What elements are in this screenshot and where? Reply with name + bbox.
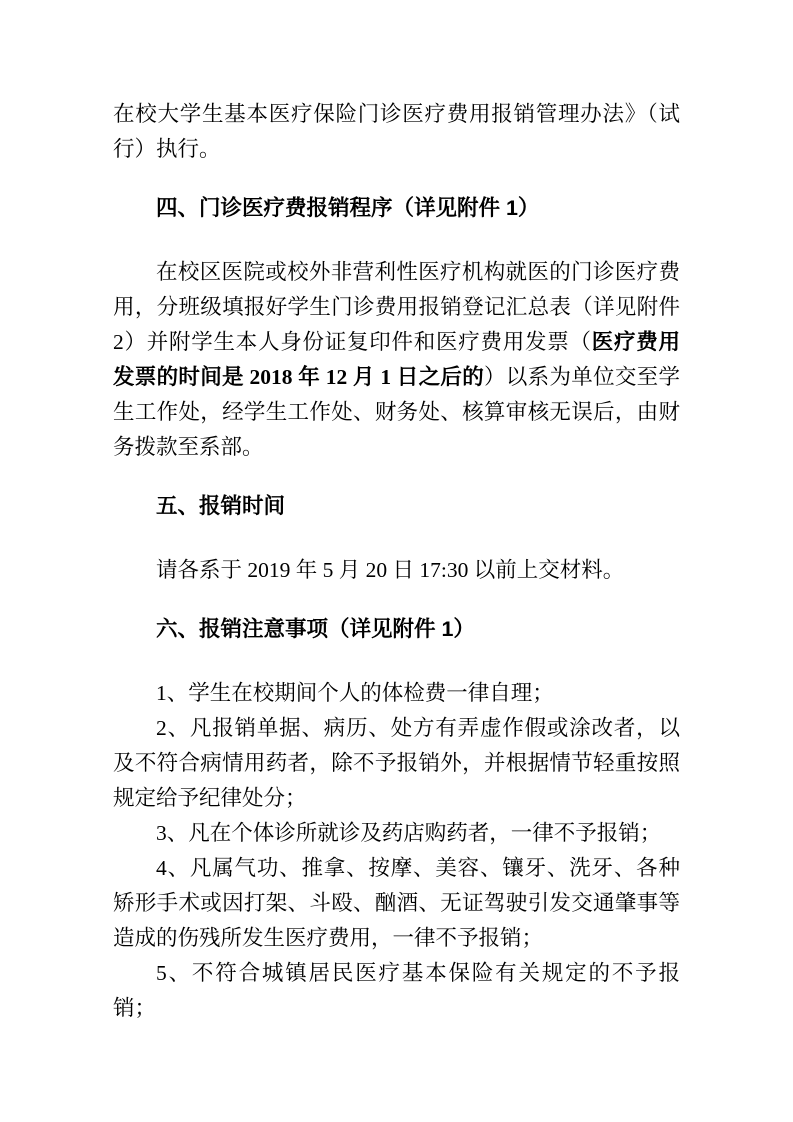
section-six-heading: 六、报销注意事项（详见附件 1）: [113, 612, 680, 647]
notice-item-5: 5、不符合城镇居民医疗基本保险有关规定的不予报销；: [113, 956, 680, 1026]
notice-item-4: 4、凡属气功、推拿、按摩、美容、镶牙、洗牙、各种矫形手术或因打架、斗殴、酗酒、无…: [113, 851, 680, 956]
continuation-paragraph: 在校大学生基本医疗保险门诊医疗费用报销管理办法》（试行）执行。: [113, 97, 680, 167]
document-page: 在校大学生基本医疗保险门诊医疗费用报销管理办法》（试行）执行。 四、门诊医疗费报…: [0, 0, 793, 1122]
section-four-paragraph: 在校区医院或校外非营利性医疗机构就医的门诊医疗费用，分班级填报好学生门诊费用报销…: [113, 255, 680, 465]
notice-item-1: 1、学生在校期间个人的体检费一律自理；: [113, 676, 680, 711]
notice-item-3: 3、凡在个体诊所就诊及药店购药者，一律不予报销；: [113, 816, 680, 851]
section-four-heading: 四、门诊医疗费报销程序（详见附件 1）: [113, 191, 680, 226]
section-five-heading: 五、报销时间: [113, 489, 680, 524]
section-five-paragraph: 请各系于 2019 年 5 月 20 日 17:30 以前上交材料。: [113, 553, 680, 588]
notice-item-2: 2、凡报销单据、病历、处方有弄虚作假或涂改者，以及不符合病情用药者，除不予报销外…: [113, 711, 680, 816]
